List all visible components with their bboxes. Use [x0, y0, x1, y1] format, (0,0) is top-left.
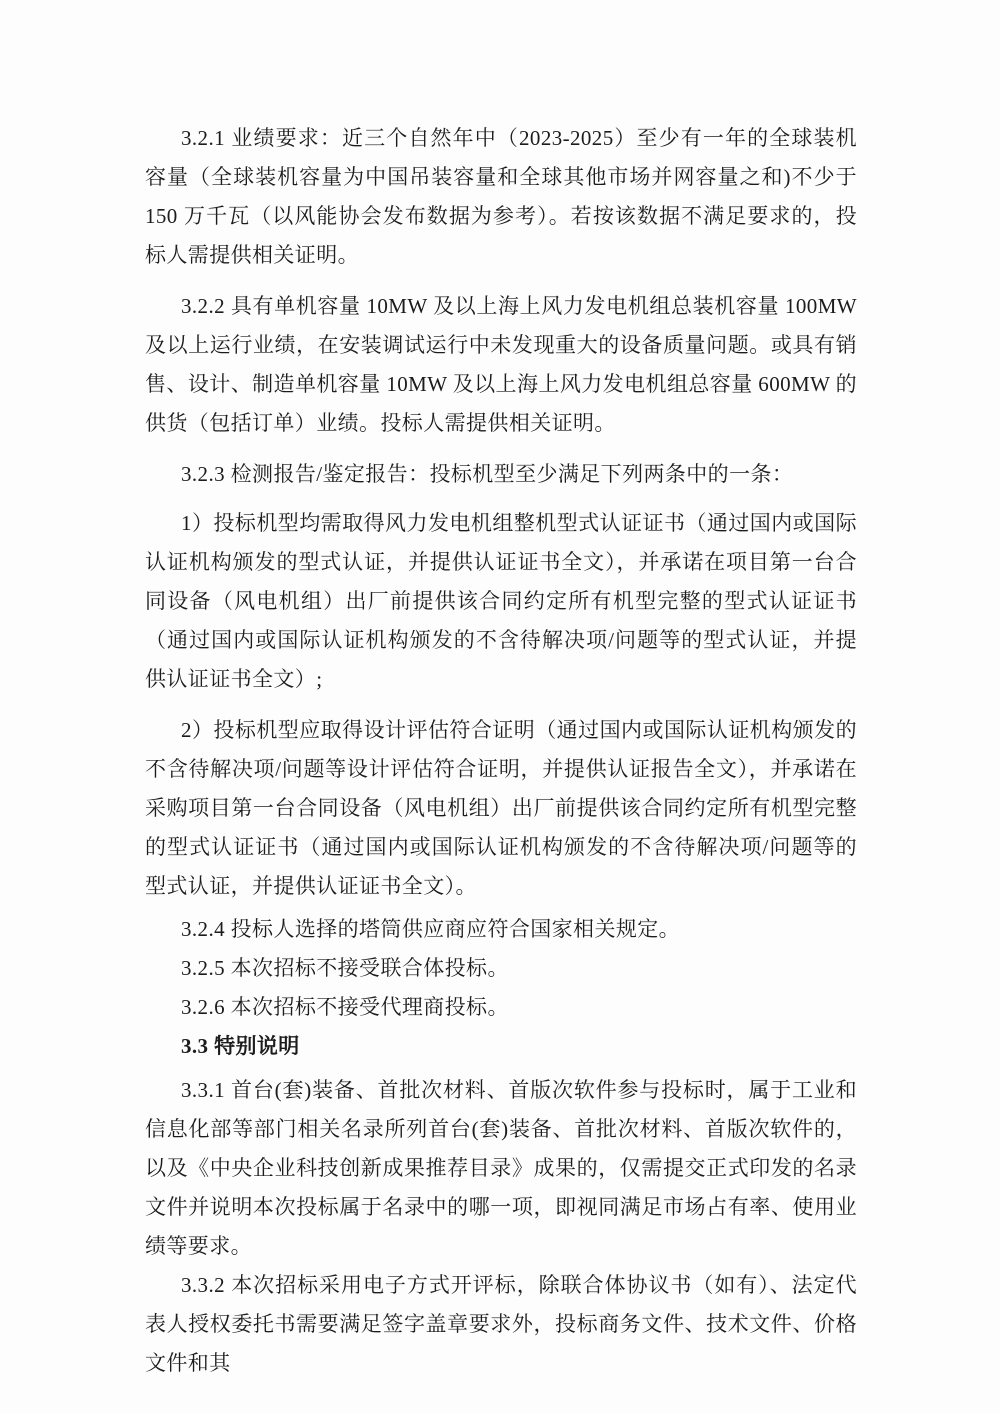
paragraph-3-3-1: 3.3.1 首台(套)装备、首批次材料、首版次软件参与投标时，属于工业和信息化部… — [145, 1071, 857, 1266]
paragraph-3-2-5: 3.2.5 本次招标不接受联合体投标。 — [145, 949, 857, 988]
clause-item-1: 1）投标机型均需取得风力发电机组整机型式认证证书（通过国内或国际认证机构颁发的型… — [145, 504, 857, 699]
clause-item-2: 2）投标机型应取得设计评估符合证明（通过国内或国际认证机构颁发的不含待解决项/问… — [145, 711, 857, 906]
paragraph-3-2-2: 3.2.2 具有单机容量 10MW 及以上海上风力发电机组总装机容量 100MW… — [145, 287, 857, 443]
paragraph-3-2-1: 3.2.1 业绩要求：近三个自然年中（2023-2025）至少有一年的全球装机容… — [145, 119, 857, 275]
paragraph-3-2-3: 3.2.3 检测报告/鉴定报告：投标机型至少满足下列两条中的一条： — [145, 455, 857, 494]
document-page: 3.2.1 业绩要求：近三个自然年中（2023-2025）至少有一年的全球装机容… — [0, 0, 1000, 1414]
paragraph-3-2-4: 3.2.4 投标人选择的塔筒供应商应符合国家相关规定。 — [145, 910, 857, 949]
paragraph-3-2-6: 3.2.6 本次招标不接受代理商投标。 — [145, 988, 857, 1027]
paragraph-3-3-2: 3.3.2 本次招标采用电子方式开评标，除联合体协议书（如有）、法定代表人授权委… — [145, 1266, 857, 1383]
section-heading-3-3: 3.3 特别说明 — [145, 1027, 857, 1066]
